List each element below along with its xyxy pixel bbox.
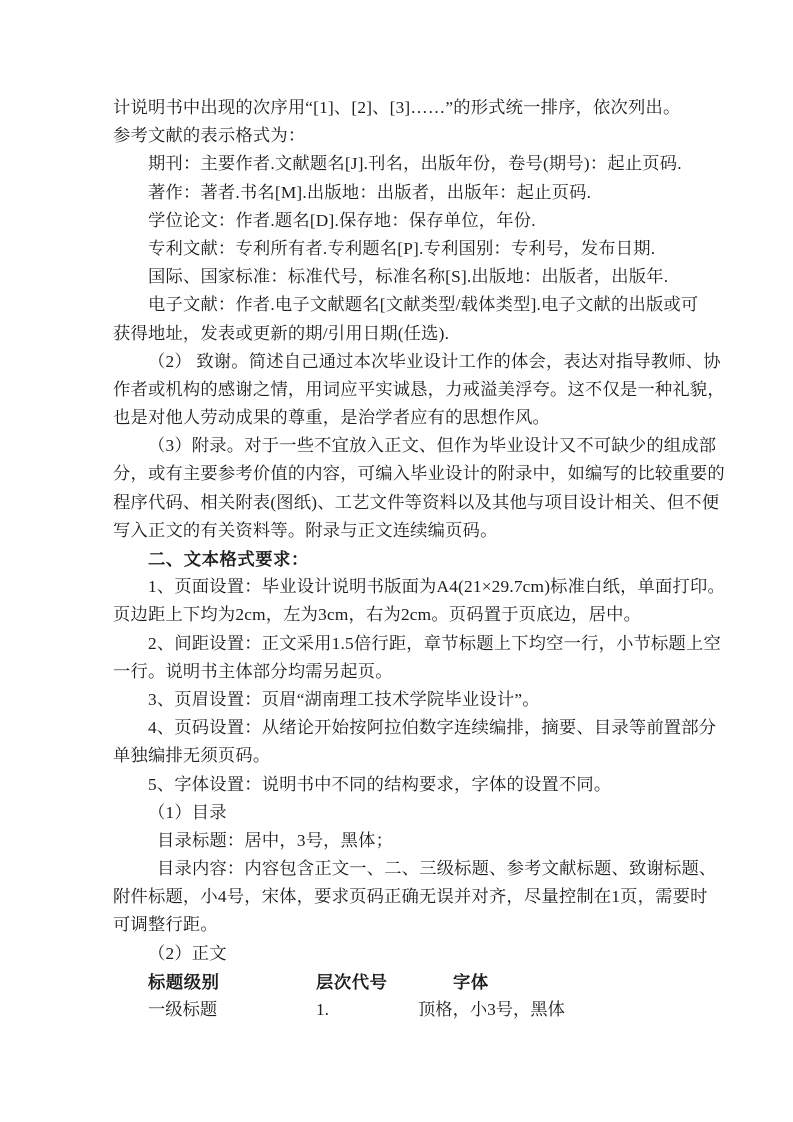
table-row: 一级标题 1. 顶格，小3号，黑体 [113, 996, 725, 1024]
text-line: （2）正文 [113, 940, 725, 968]
text-line: 单独编排无须页码。 [113, 742, 725, 770]
text-line: 国际、国家标准：标准代号，标准名称[S].出版地：出版者，出版年. [113, 263, 725, 291]
text-line: （3）附录。对于一些不宜放入正文、但作为毕业设计又不可缺少的组成部 [113, 432, 725, 460]
text-line: 页边距上下均为2cm，左为3cm，右为2cm。页码置于页底边，居中。 [113, 601, 725, 629]
text-line: 附件标题，小4号，宋体，要求页码正确无误并对齐，尽量控制在1页，需要时 [113, 883, 725, 911]
table-cell: 一级标题 [148, 996, 217, 1024]
section-heading: 二、文本格式要求： [113, 545, 725, 573]
text-line: 学位论文：作者.题名[D].保存地：保存单位，年份. [113, 207, 725, 235]
table-header-cell: 字体 [453, 968, 489, 996]
text-line: 期刊：主要作者.文献题名[J].刊名，出版年份，卷号(期号)：起止页码. [113, 150, 725, 178]
text-block: 计说明书中出现的次序用“[1]、[2]、[3]……”的形式统一排序，依次列出。 … [113, 94, 725, 1024]
text-line: 写入正文的有关资料等。附录与正文连续编页码。 [113, 517, 725, 545]
table-cell: 1. [316, 996, 329, 1024]
table-cell: 顶格，小3号，黑体 [418, 996, 565, 1024]
document-page: 计说明书中出现的次序用“[1]、[2]、[3]……”的形式统一排序，依次列出。 … [0, 0, 793, 1122]
text-line: （1）目录 [113, 799, 725, 827]
text-line: 计说明书中出现的次序用“[1]、[2]、[3]……”的形式统一排序，依次列出。 [113, 94, 725, 122]
text-line: 3、页眉设置：页眉“湖南理工技术学院毕业设计”。 [113, 686, 725, 714]
text-line: 4、页码设置：从绪论开始按阿拉伯数字连续编排，摘要、目录等前置部分 [113, 714, 725, 742]
text-line: 一行。说明书主体部分均需另起页。 [113, 658, 725, 686]
table-header-row: 标题级别 层次代号 字体 [113, 968, 725, 996]
text-line: 程序代码、相关附表(图纸)、工艺文件等资料以及其他与项目设计相关、但不便 [113, 489, 725, 517]
text-line: 目录标题：居中，3号，黑体； [113, 827, 725, 855]
text-line: 1、页面设置：毕业设计说明书版面为A4(21×29.7cm)标准白纸，单面打印。 [113, 573, 725, 601]
text-line: 作者或机构的感谢之情，用词应平实诚恳，力戒溢美浮夸。这不仅是一种礼貌， [113, 376, 725, 404]
text-line: 目录内容：内容包含正文一、二、三级标题、参考文献标题、致谢标题、 [113, 855, 725, 883]
text-line: 参考文献的表示格式为： [113, 122, 725, 150]
text-line: 5、字体设置：说明书中不同的结构要求，字体的设置不同。 [113, 771, 725, 799]
text-line: 获得地址，发表或更新的期/引用日期(任选). [113, 320, 725, 348]
text-line: 著作：著者.书名[M].出版地：出版者，出版年：起止页码. [113, 179, 725, 207]
text-line: 分，或有主要参考价值的内容，可编入毕业设计的附录中，如编写的比较重要的 [113, 460, 725, 488]
text-line: （2） 致谢。简述自己通过本次毕业设计工作的体会，表达对指导教师、协 [113, 348, 725, 376]
table-header-cell: 标题级别 [148, 968, 220, 996]
text-line: 也是对他人劳动成果的尊重，是治学者应有的思想作风。 [113, 404, 725, 432]
table-header-cell: 层次代号 [316, 968, 388, 996]
text-line: 可调整行距。 [113, 911, 725, 939]
text-line: 电子文献：作者.电子文献题名[文献类型/载体类型].电子文献的出版或可 [113, 291, 725, 319]
text-line: 2、间距设置：正文采用1.5倍行距，章节标题上下均空一行，小节标题上空 [113, 630, 725, 658]
text-line: 专利文献：专利所有者.专利题名[P].专利国别：专利号，发布日期. [113, 235, 725, 263]
